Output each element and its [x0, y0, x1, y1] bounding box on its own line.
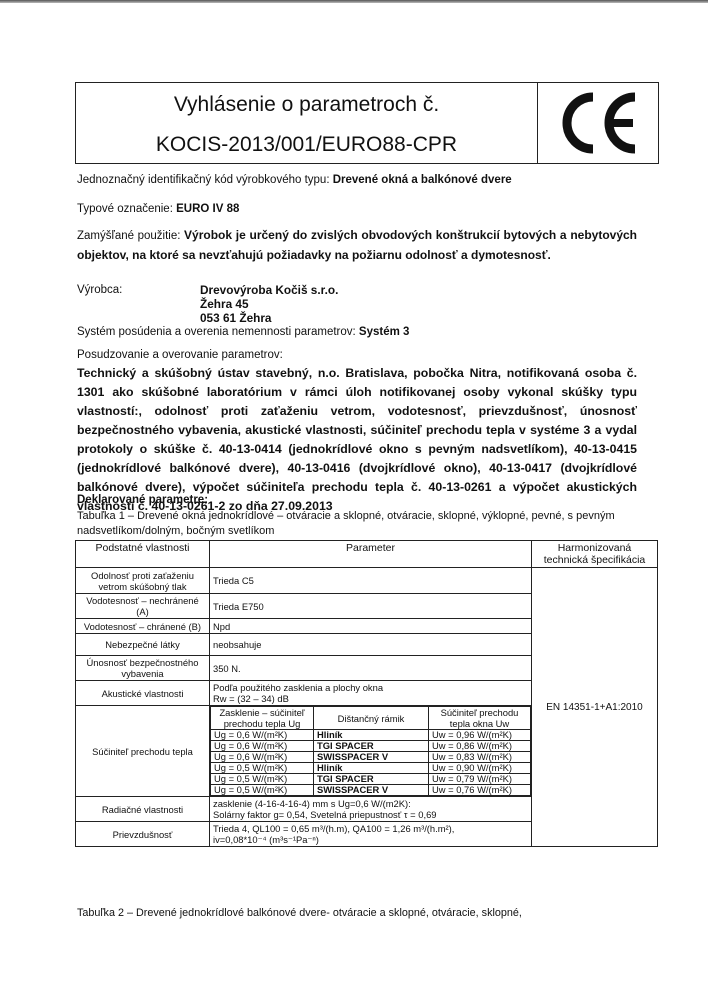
assessment-label: Posudzovanie a overovanie parametrov: — [77, 349, 283, 361]
ce-mark-icon — [555, 91, 641, 155]
thermal-row: Ug = 0,5 W/(m²K)TGI SPACERUw = 0,79 W/(m… — [211, 774, 531, 785]
title-line-1: Vyhlásenie o parametroch č. — [76, 93, 537, 117]
table2-caption: Tabuľka 2 – Drevené jednokrídlové balkón… — [77, 907, 522, 919]
id-code-line: Jednoznačný identifikačný kód výrobkovéh… — [77, 174, 512, 186]
thermal-row: Ug = 0,5 W/(m²K)SWISSPACER VUw = 0,76 W/… — [211, 785, 531, 796]
table-header-row: Podstatné vlastnosti Parameter Harmonizo… — [76, 541, 658, 568]
header-parameter: Parameter — [210, 541, 532, 568]
table-row: Odolnosť proti zaťaženiu vetrom skúšobný… — [76, 568, 658, 594]
thermal-row: Ug = 0,6 W/(m²K)TGI SPACERUw = 0,86 W/(m… — [211, 741, 531, 752]
ce-mark-cell — [538, 83, 658, 163]
system-line: Systém posúdenia a overenia nemennosti p… — [77, 326, 409, 338]
header-spec: Harmonizovaná technická špecifikácia — [532, 541, 658, 568]
header-property: Podstatné vlastnosti — [76, 541, 210, 568]
document-title: Vyhlásenie o parametroch č. KOCIS-2013/0… — [76, 83, 538, 163]
declared-heading: Deklarované parametre: — [77, 494, 208, 506]
scan-edge — [0, 0, 708, 3]
title-line-2: KOCIS-2013/001/EURO88-CPR — [76, 133, 537, 157]
thermal-row: Ug = 0,5 W/(m²K)HliníkUw = 0,90 W/(m²K) — [211, 763, 531, 774]
declared-parameters-table: Podstatné vlastnosti Parameter Harmonizo… — [75, 540, 658, 847]
thermal-row: Ug = 0,6 W/(m²K)SWISSPACER VUw = 0,83 W/… — [211, 752, 531, 763]
title-box: Vyhlásenie o parametroch č. KOCIS-2013/0… — [75, 82, 659, 164]
thermal-row: Ug = 0,6 W/(m²K)HliníkUw = 0,96 W/(m²K) — [211, 730, 531, 741]
manufacturer-address: Drevovýroba Kočiš s.r.o. Žehra 45 053 61… — [200, 283, 338, 325]
type-line: Typové označenie: EURO IV 88 — [77, 203, 239, 215]
manufacturer-label: Výrobca: — [77, 284, 122, 296]
thermal-subtable: Zasklenie – súčiniteľ prechodu tepla Ug … — [210, 706, 531, 796]
intended-use: Zamýšľané použitie: Výrobok je určený do… — [77, 226, 637, 265]
harmonized-spec: EN 14351-1+A1:2010 — [532, 568, 658, 847]
table1-caption: Tabuľka 1 – Drevené okná jednokrídlové –… — [77, 509, 637, 539]
